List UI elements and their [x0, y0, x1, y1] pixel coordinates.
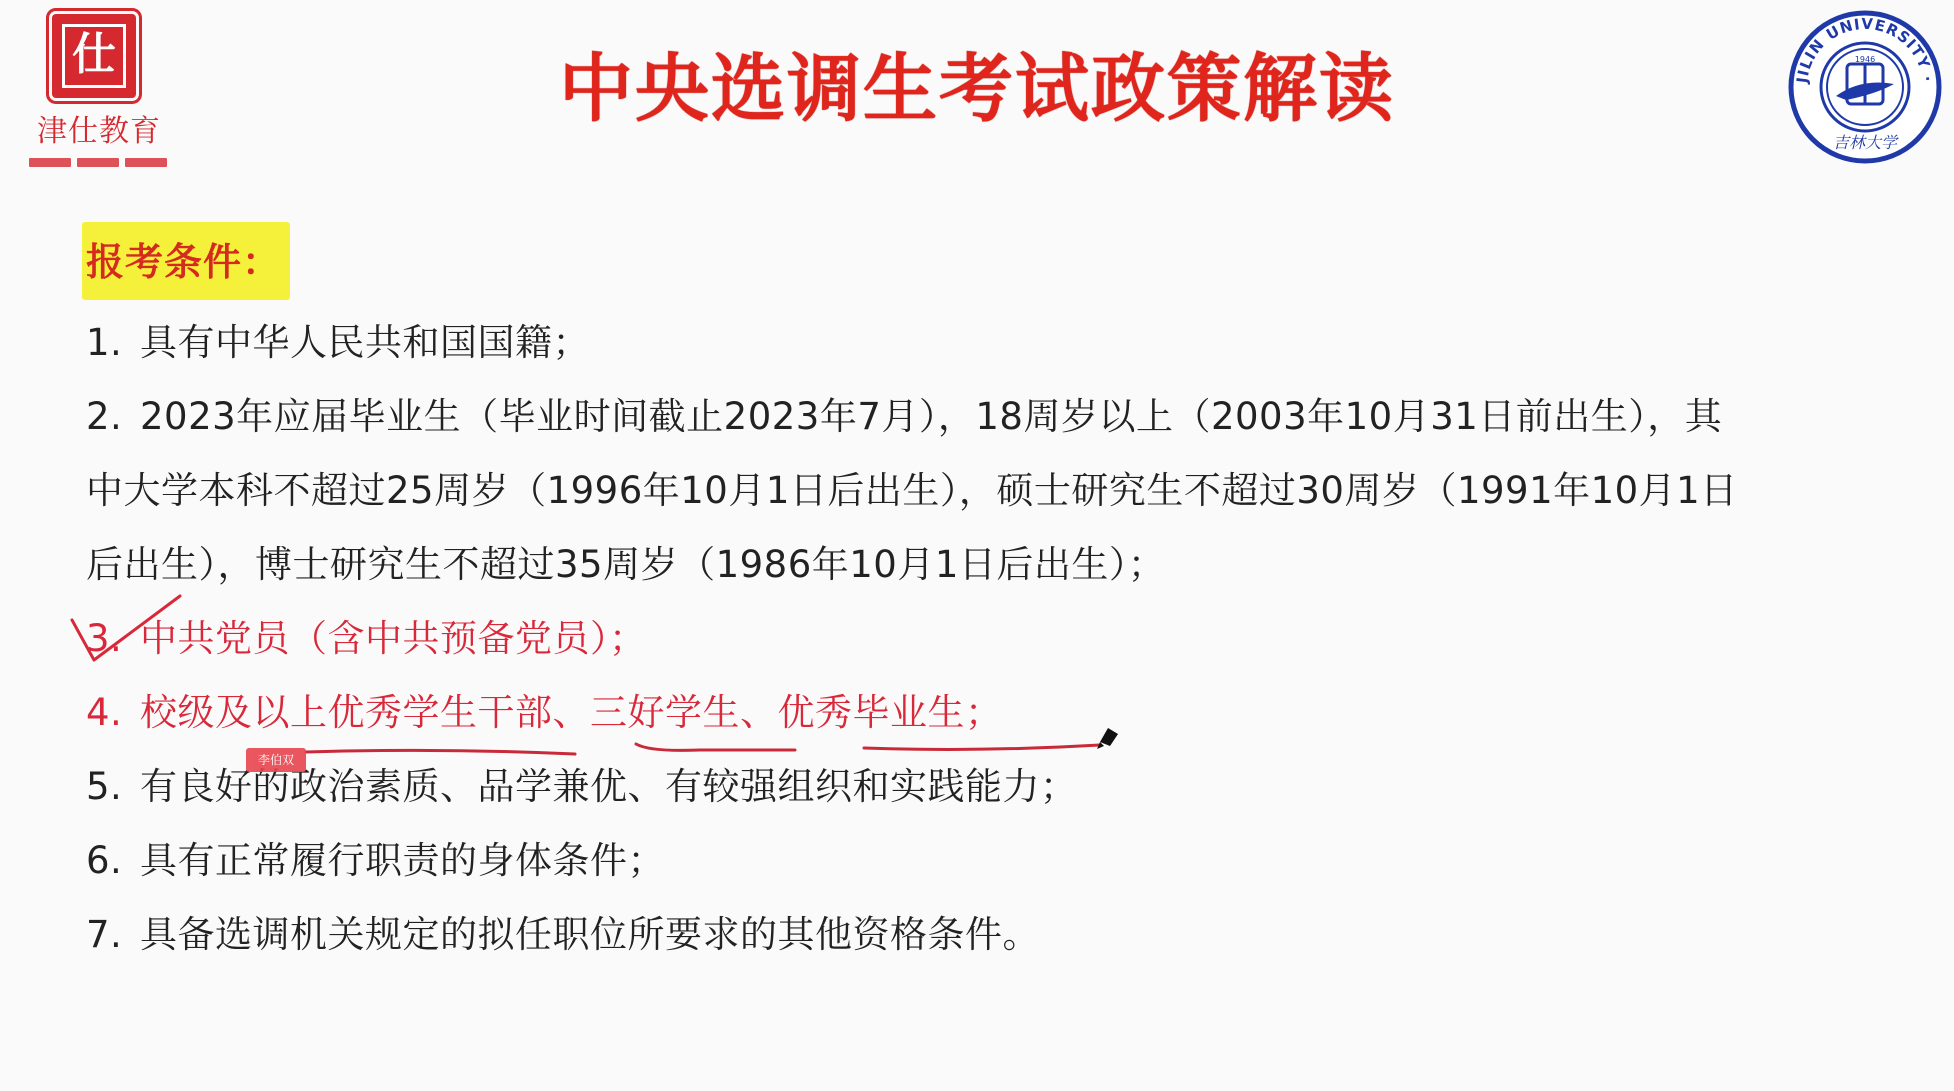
list-item-5: 5.有良好的政治素质、品学兼优、有较强组织和实践能力； [86, 762, 1886, 836]
section-label: 报考条件： [86, 240, 281, 284]
section-label-badge: 报考条件： [82, 222, 290, 300]
svg-text:吉林大学: 吉林大学 [1833, 133, 1899, 152]
list-item-7: 7.具备选调机关规定的拟任职位所要求的其他资格条件。 [86, 910, 1886, 984]
presenter-name-tag: 李伯双 [246, 748, 306, 772]
list-item-6: 6.具有正常履行职责的身体条件； [86, 836, 1886, 910]
list-item-2-cont: 后出生），博士研究生不超过35周岁（1986年10月1日后出生）； [86, 540, 1886, 614]
requirements-list: 1.具有中华人民共和国国籍； 2.2023年应届毕业生（毕业时间截止2023年7… [86, 318, 1886, 984]
page-title: 中央选调生考试政策解读 [0, 30, 1954, 136]
jilin-university-emblem-icon: JILIN UNIVERSITY · CHINA 1946 吉林大学 [1786, 8, 1944, 166]
list-item-2: 2.2023年应届毕业生（毕业时间截止2023年7月），18周岁以上（2003年… [86, 392, 1886, 466]
list-item-4: 4.校级及以上优秀学生干部、三好学生、优秀毕业生； [86, 688, 1886, 762]
list-item-2-cont: 中大学本科不超过25周岁（1996年10月1日后出生），硕士研究生不超过30周岁… [86, 466, 1886, 540]
svg-text:1946: 1946 [1855, 55, 1875, 64]
list-item-3: 3.中共党员（含中共预备党员）； [86, 614, 1886, 688]
list-item-1: 1.具有中华人民共和国国籍； [86, 318, 1886, 392]
brand-tagline [18, 156, 178, 168]
